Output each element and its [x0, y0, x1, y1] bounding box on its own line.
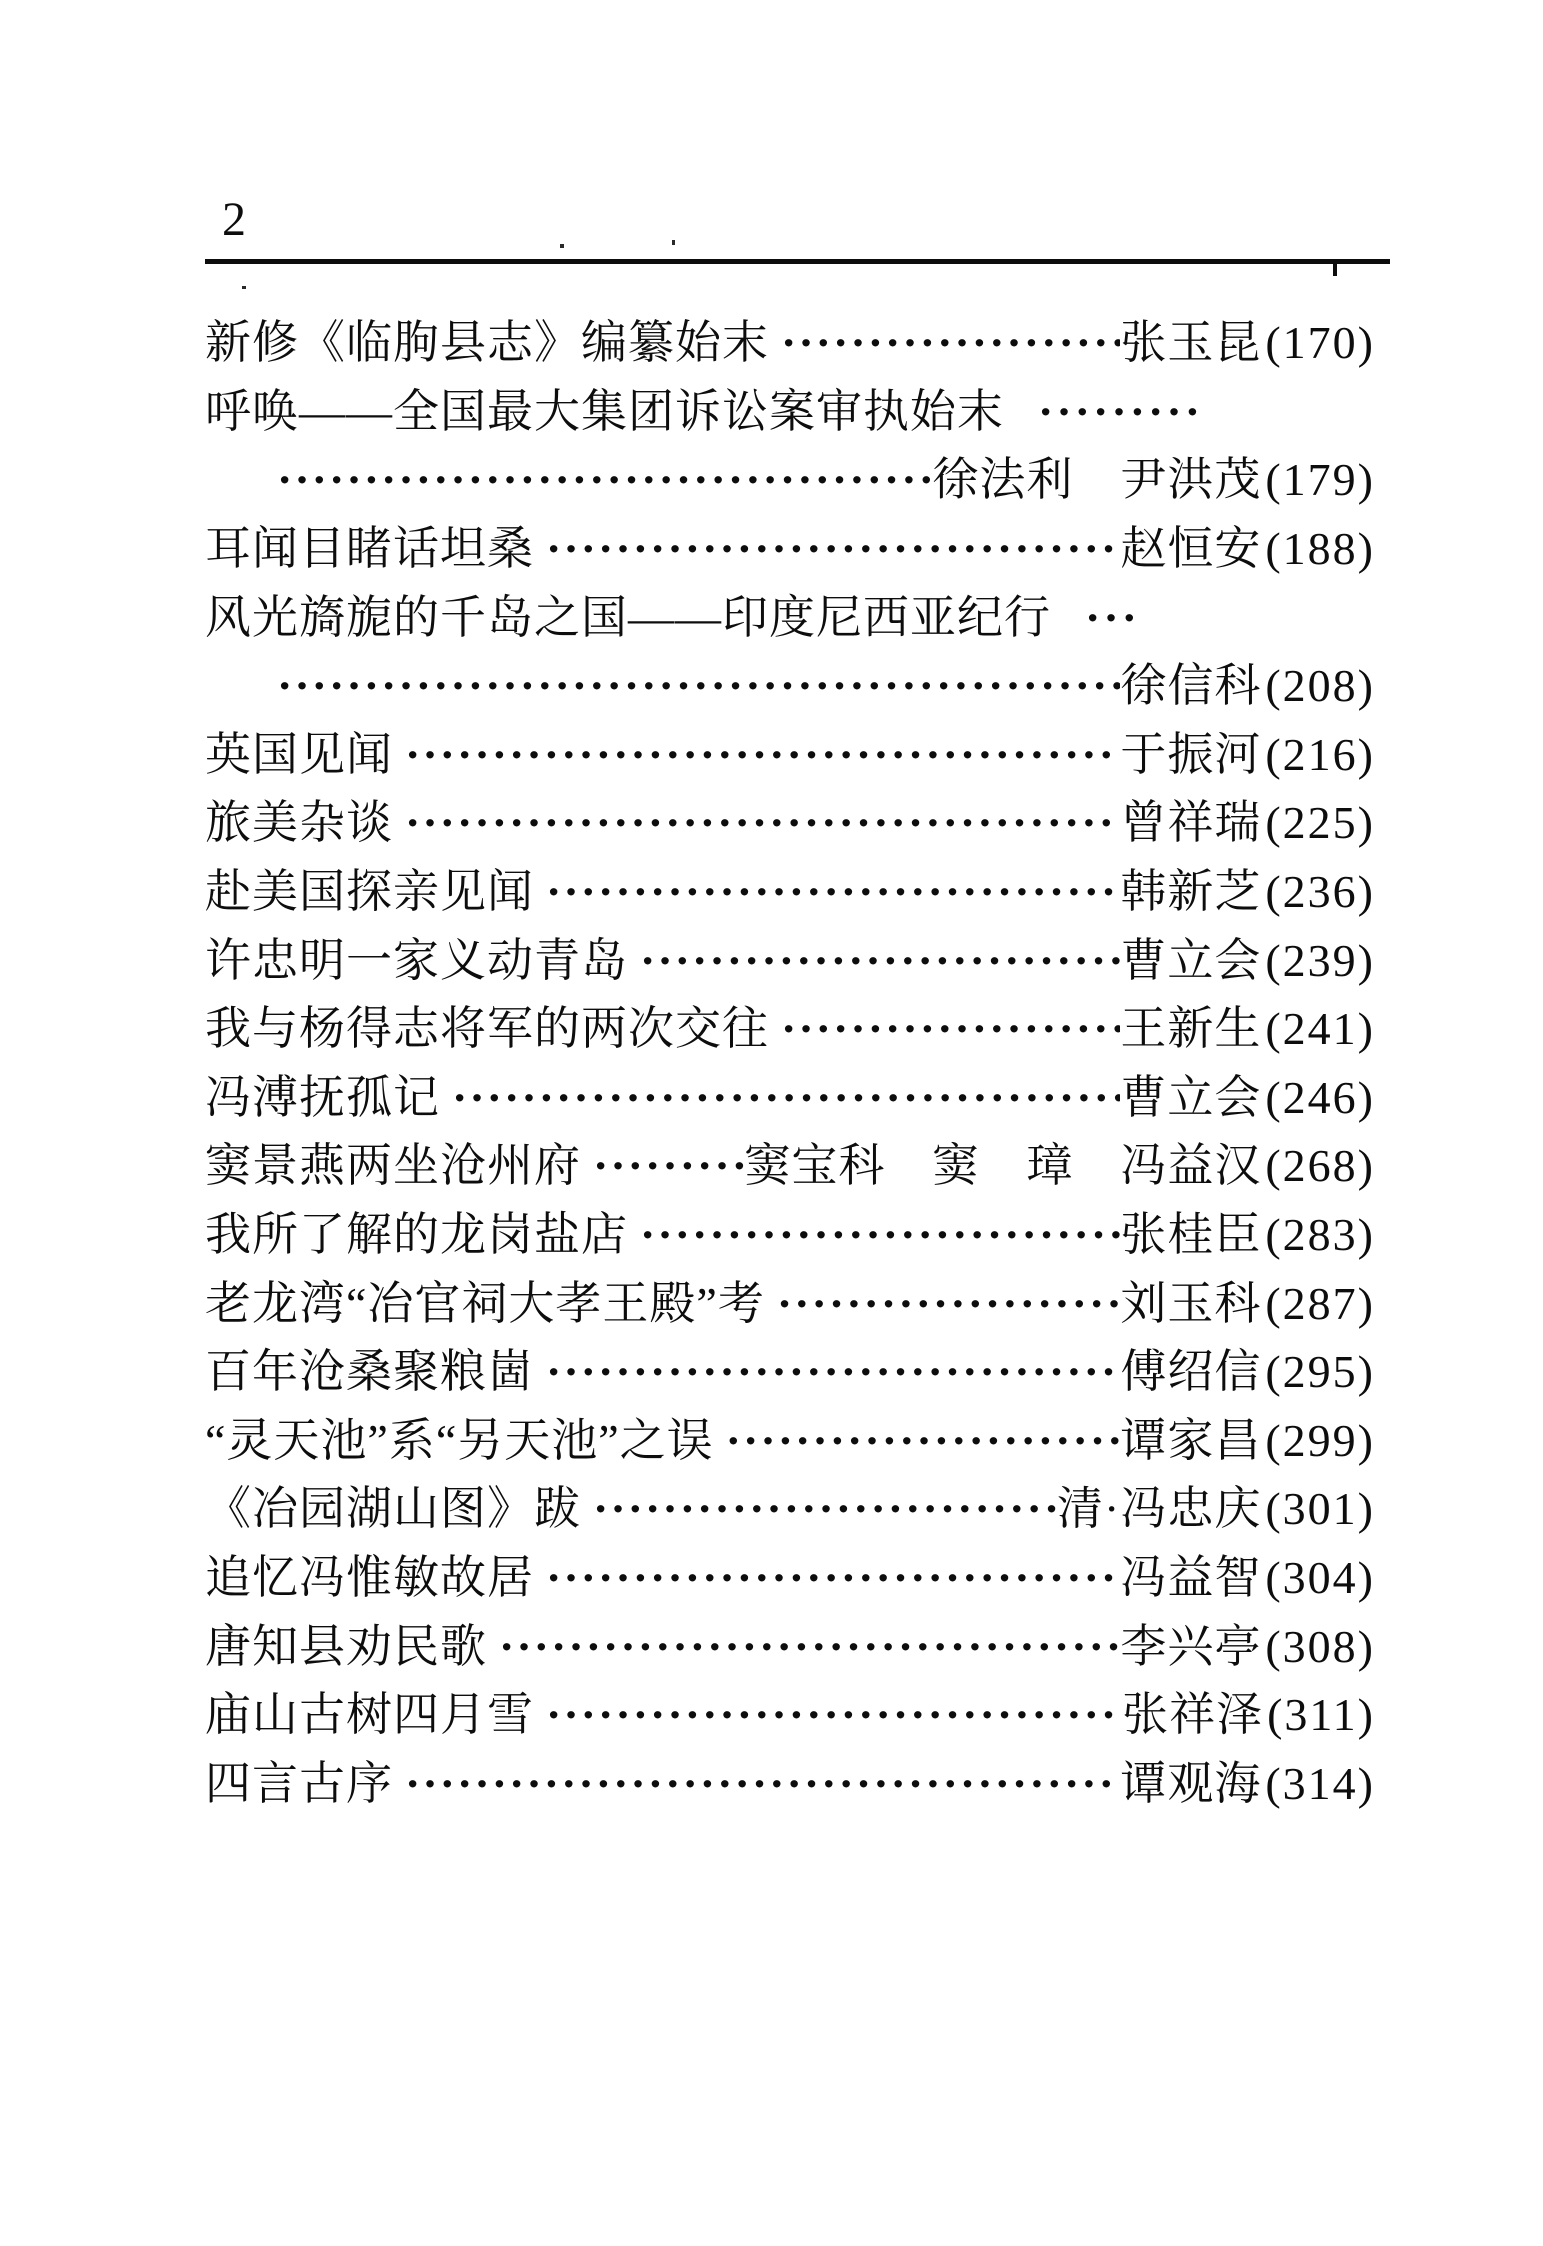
dot-leader: ········································…	[534, 1692, 1122, 1738]
dot-leader: ········································…	[265, 457, 932, 503]
dot-leader: ········································…	[714, 1418, 1121, 1464]
toc-entry: 新修《临朐县志》编纂始末 ···························…	[205, 309, 1375, 378]
dot-leader-dots: ········································…	[546, 1692, 1122, 1738]
dot-leader: ········································…	[534, 869, 1120, 915]
toc-entry: 旅美杂谈 ···································…	[205, 789, 1375, 858]
entry-page-number: (246)	[1261, 1075, 1375, 1121]
trailing-dots: ·········	[1004, 389, 1203, 435]
entry-title: 呼唤——全国最大集团诉讼案审执始末	[205, 389, 1004, 435]
entry-title: “灵天池”系“另天池”之误	[205, 1418, 714, 1464]
dot-leader: ········································…	[393, 800, 1120, 846]
entry-title: 庙山古树四月雪	[205, 1692, 534, 1738]
toc-entry: 庙山古树四月雪 ································…	[205, 1681, 1375, 1750]
toc-entry: 我与杨得志将军的两次交往 ···························…	[205, 995, 1375, 1064]
dot-leader-dots: ········································…	[640, 1212, 1120, 1258]
entry-author: 张祥泽	[1122, 1692, 1263, 1738]
entry-author: 冯益智	[1120, 1555, 1261, 1601]
entry-title: 窦景燕两坐沧州府	[205, 1143, 581, 1189]
entry-title: 英国见闻	[205, 732, 393, 778]
entry-author: 窦宝科 窦 璋 冯益汉	[744, 1143, 1261, 1189]
dot-leader: ········································…	[265, 663, 1120, 709]
dot-leader-dots: ········································…	[277, 663, 1120, 709]
dot-leader: ········································…	[487, 1624, 1120, 1670]
entry-title: 老龙湾“冶官祠大孝王殿”考	[205, 1281, 765, 1327]
dot-leader-dots: ········································…	[546, 869, 1120, 915]
dot-leader: ········································…	[769, 320, 1120, 366]
entry-title: 我与杨得志将军的两次交往	[205, 1006, 769, 1052]
scan-speck	[242, 286, 246, 289]
dot-leader-dots: ········································…	[777, 1281, 1121, 1327]
dot-leader: ········································…	[628, 938, 1120, 984]
entry-title: 百年沧桑聚粮崮	[205, 1349, 534, 1395]
header-rule	[205, 259, 1390, 264]
entry-author: 清·冯忠庆	[1057, 1486, 1261, 1532]
entry-title: 新修《临朐县志》编纂始末	[205, 320, 769, 366]
dot-leader-dots: ········································…	[452, 1075, 1120, 1121]
toc-entry: ········································…	[205, 446, 1375, 515]
entry-page-number: (225)	[1261, 800, 1375, 846]
entry-author: 徐法利 尹洪茂	[932, 457, 1261, 503]
toc-entry: 百年沧桑聚粮崮 ································…	[205, 1338, 1375, 1407]
entry-page-number: (236)	[1261, 869, 1375, 915]
entry-author: 刘玉科	[1120, 1281, 1261, 1327]
entry-page-number: (268)	[1261, 1143, 1375, 1189]
toc-entry: 英国见闻 ···································…	[205, 721, 1375, 790]
entry-title: 唐知县劝民歌	[205, 1624, 487, 1670]
entry-title: 我所了解的龙岗盐店	[205, 1212, 628, 1258]
entry-title: 四言古序	[205, 1761, 393, 1807]
dot-leader-dots: ········································…	[781, 320, 1120, 366]
entry-author: 赵恒安	[1120, 526, 1261, 572]
dot-leader: ········································…	[440, 1075, 1120, 1121]
entry-title: 《冶园湖山图》跋	[205, 1486, 581, 1532]
dot-leader-dots: ········································…	[726, 1418, 1121, 1464]
dot-leader: ········································…	[581, 1486, 1057, 1532]
entry-page-number: (170)	[1261, 320, 1375, 366]
toc-entry: 唐知县劝民歌 ·································…	[205, 1612, 1375, 1681]
entry-page-number: (239)	[1261, 938, 1375, 984]
dot-leader-dots: ········································…	[405, 800, 1120, 846]
scan-speck	[672, 240, 675, 245]
dot-leader-dots: ········································…	[593, 1143, 744, 1189]
dot-leader: ········································…	[534, 526, 1120, 572]
dot-leader: ········································…	[534, 1555, 1120, 1601]
toc-entry: 许忠明一家义动青岛 ······························…	[205, 926, 1375, 995]
toc-entry: 追忆冯惟敏故居 ································…	[205, 1544, 1375, 1613]
toc-entry: ········································…	[205, 652, 1375, 721]
entry-page-number: (216)	[1261, 732, 1375, 778]
dot-leader: ········································…	[393, 1761, 1120, 1807]
entry-title: 赴美国探亲见闻	[205, 869, 534, 915]
entry-page-number: (241)	[1261, 1006, 1375, 1052]
entry-author: 曹立会	[1120, 938, 1261, 984]
dot-leader: ········································…	[769, 1006, 1120, 1052]
entry-page-number: (301)	[1261, 1486, 1375, 1532]
entry-page-number: (295)	[1261, 1349, 1375, 1395]
dot-leader-dots: ········································…	[499, 1624, 1120, 1670]
entry-author: 李兴亭	[1120, 1624, 1261, 1670]
dot-leader-dots: ········································…	[593, 1486, 1057, 1532]
entry-page-number: (304)	[1261, 1555, 1375, 1601]
entry-title: 耳闻目睹话坦桑	[205, 526, 534, 572]
entry-page-number: (208)	[1261, 663, 1375, 709]
entry-author: 韩新芝	[1120, 869, 1261, 915]
entry-author: 谭家昌	[1120, 1418, 1261, 1464]
entry-title: 风光旖旎的千岛之国——印度尼西亚纪行	[205, 595, 1051, 641]
dot-leader-dots: ········································…	[277, 457, 932, 503]
entry-page-number: (287)	[1261, 1281, 1375, 1327]
dot-leader-dots: ········································…	[640, 938, 1120, 984]
toc-entry: 老龙湾“冶官祠大孝王殿”考 ··························…	[205, 1269, 1375, 1338]
dot-leader: ········································…	[393, 732, 1120, 778]
toc-entry: 耳闻目睹话坦桑 ································…	[205, 515, 1375, 584]
toc-entry: 呼唤——全国最大集团诉讼案审执始末 ·········	[205, 378, 1375, 447]
dot-leader-dots: ········································…	[781, 1006, 1120, 1052]
entry-title: 许忠明一家义动青岛	[205, 938, 628, 984]
toc-entry: 我所了解的龙岗盐店 ······························…	[205, 1201, 1375, 1270]
entry-author: 张桂臣	[1120, 1212, 1261, 1258]
entry-page-number: (308)	[1261, 1624, 1375, 1670]
entry-author: 曾祥瑞	[1120, 800, 1261, 846]
toc-entry: 窦景燕两坐沧州府 ·······························…	[205, 1132, 1375, 1201]
toc-list: 新修《临朐县志》编纂始末 ···························…	[205, 309, 1375, 1818]
scan-speck	[560, 244, 564, 248]
entry-page-number: (299)	[1261, 1418, 1375, 1464]
header-rule-tick	[1333, 263, 1337, 276]
entry-author: 谭观海	[1120, 1761, 1261, 1807]
entry-page-number: (314)	[1261, 1761, 1375, 1807]
dot-leader-dots: ········································…	[546, 1555, 1120, 1601]
entry-page-number: (283)	[1261, 1212, 1375, 1258]
entry-author: 傅绍信	[1120, 1349, 1261, 1395]
dot-leader-dots: ········································…	[546, 1349, 1120, 1395]
toc-entry: 赴美国探亲见闻 ································…	[205, 858, 1375, 927]
toc-entry: 《冶园湖山图》跋 ·······························…	[205, 1475, 1375, 1544]
trailing-dots: ···	[1051, 595, 1140, 641]
dot-leader: ········································…	[534, 1349, 1120, 1395]
entry-author: 曹立会	[1120, 1075, 1261, 1121]
entry-title: 冯溥抚孤记	[205, 1075, 440, 1121]
dot-leader-dots: ········································…	[405, 1761, 1120, 1807]
entry-title: 追忆冯惟敏故居	[205, 1555, 534, 1601]
entry-author: 张玉昆	[1120, 320, 1261, 366]
dot-leader: ········································…	[628, 1212, 1120, 1258]
entry-author: 徐信科	[1120, 663, 1261, 709]
entry-page-number: (179)	[1261, 457, 1375, 503]
toc-entry: 风光旖旎的千岛之国——印度尼西亚纪行 ···	[205, 583, 1375, 652]
page-number: 2	[222, 192, 246, 247]
dot-leader-dots: ········································…	[405, 732, 1120, 778]
dot-leader: ········································…	[581, 1143, 744, 1189]
entry-page-number: (311)	[1263, 1692, 1375, 1738]
dot-leader-dots: ········································…	[546, 526, 1120, 572]
toc-entry: 冯溥抚孤记 ··································…	[205, 1064, 1375, 1133]
dot-leader: ········································…	[765, 1281, 1121, 1327]
entry-page-number: (188)	[1261, 526, 1375, 572]
toc-entry: 四言古序 ···································…	[205, 1749, 1375, 1818]
entry-title: 旅美杂谈	[205, 800, 393, 846]
entry-author: 于振河	[1120, 732, 1261, 778]
toc-entry: “灵天池”系“另天池”之误 ··························…	[205, 1407, 1375, 1476]
entry-author: 王新生	[1120, 1006, 1261, 1052]
